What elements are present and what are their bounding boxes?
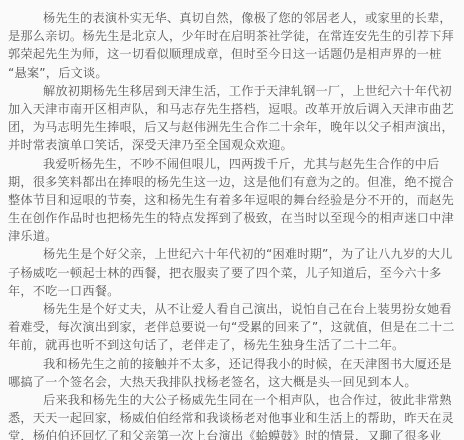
text-line: 子杨威吃一顿起士林的西餐，把衣服卖了要了四个菜，儿子知道后，至今六十多 — [8, 264, 464, 282]
text-line: 整体节目和逗哏的节奏，这和杨先生有着多年逗哏的舞台经验是分不开的，而赵先 — [8, 191, 464, 209]
paragraph: 杨先生的表演朴实无华、真切自然，像极了您的邻居老人，或家里的长辈，是那么亲切。杨… — [8, 9, 464, 82]
text-line: 我和杨先生之前的接触并不太多，还记得我小的时候，在天津图书大厦还是 — [8, 355, 464, 373]
text-line: 郭荣起先生为师，这一切看似顺理成章，但时至今日这一话题仍是相声界的一桩 — [8, 45, 464, 63]
text-line: 解放初期杨先生移居到天津生活，工作于天津轧钢一厂，上世纪六十年代初 — [8, 82, 464, 100]
paragraph: 我和杨先生之前的接触并不太多，还记得我小的时候，在天津图书大厦还是哪搞了一个签名… — [8, 355, 464, 391]
paragraph: 解放初期杨先生移居到天津生活，工作于天津轧钢一厂，上世纪六十年代初加入天津市南开… — [8, 82, 464, 155]
text-line: 生在创作作品时也把杨先生的特点发挥到了极致，在当时以至现今的相声迷口中津 — [8, 209, 464, 227]
text-line: 团，为马志明先生捧哏，后又与赵伟洲先生合作二十余年，晚年以父子相声演出， — [8, 118, 464, 136]
text-line: 是那么亲切。杨先生是北京人，少年时在启明茶社学徒，在常连安先生的引荐下拜 — [8, 27, 464, 45]
text-line: 我爱听杨先生，不吵不闹但哏儿，四两拨千斤，尤其与赵先生合作的中后 — [8, 155, 464, 173]
text-line: 年，不吃一口西餐。 — [8, 282, 464, 300]
text-line: 年前，就再也听不到这句话了，老伴走了，杨先生独身生活了二十二年。 — [8, 336, 464, 354]
article-page: 杨先生的表演朴实无华、真切自然，像极了您的邻居老人，或家里的长辈，是那么亲切。杨… — [0, 0, 464, 440]
text-line: 加入天津市南开区相声队，和马志存先生搭档，逗哏。改革开放后调入天津市曲艺 — [8, 100, 464, 118]
paragraph: 后来我和杨先生的大公子杨威先生同在一个相声队，也合作过，彼此非常熟悉，天天一起回… — [8, 391, 464, 440]
text-line: “悬案”，后文谈。 — [8, 64, 464, 82]
text-line: 并时常表演单口笑话，深受天津乃至全国观众欢迎。 — [8, 136, 464, 154]
paragraph: 杨先生是个好父亲，上世纪六十年代初的“困难时期”，为了让八九岁的大儿子杨威吃一顿… — [8, 245, 464, 300]
text-line: 着难受，每次演出到家，老伴总要说一句“受累的回来了”，这就值，但是在二十二 — [8, 318, 464, 336]
text-line: 期，很多笑料都出在捧哏的杨先生这一边，这是他们有意为之的。但准，绝不搅合 — [8, 173, 464, 191]
text-line: 堂，杨伯伯还回忆了和父亲第一次上台演出《蛤蟆鼓》时的情景，又聊了很多业 — [8, 427, 464, 440]
text-line: 后来我和杨先生的大公子杨威先生同在一个相声队，也合作过，彼此非常熟 — [8, 391, 464, 409]
text-line: 悉，天天一起回家，杨威伯伯经常和我谈杨老对他事业和生活上的帮助，昨天在灵 — [8, 409, 464, 427]
article-body: 杨先生的表演朴实无华、真切自然，像极了您的邻居老人，或家里的长辈，是那么亲切。杨… — [0, 0, 464, 440]
text-line: 杨先生是个好丈夫，从不让爱人看自己演出，说怕自己在台上装男扮女她看 — [8, 300, 464, 318]
text-line: 杨先生的表演朴实无华、真切自然，像极了您的邻居老人，或家里的长辈， — [8, 9, 464, 27]
paragraph: 我爱听杨先生，不吵不闹但哏儿，四两拨千斤，尤其与赵先生合作的中后期，很多笑料都出… — [8, 155, 464, 246]
text-line: 津乐道。 — [8, 227, 464, 245]
paragraph: 杨先生是个好丈夫，从不让爱人看自己演出，说怕自己在台上装男扮女她看着难受，每次演… — [8, 300, 464, 355]
text-line: 哪搞了一个签名会，大热天我排队找杨老签名，这大概是头一回见到本人。 — [8, 373, 464, 391]
text-line: 杨先生是个好父亲，上世纪六十年代初的“困难时期”，为了让八九岁的大儿 — [8, 245, 464, 263]
